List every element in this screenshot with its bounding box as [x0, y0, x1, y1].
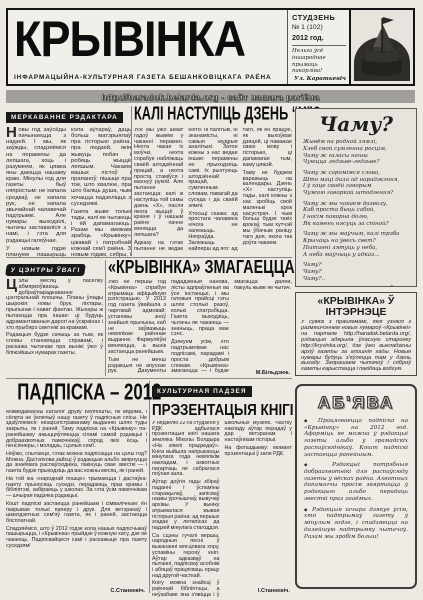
article-body: Усе мы ўжо шмат гадоў жывём у чаканні пе… — [134, 128, 292, 256]
masthead: КРЫВІНКА ІНФАРМАЦЫЙНА-КУЛЬТУРНАЯ ГАЗЕТА … — [6, 8, 415, 86]
column-rule — [105, 260, 106, 376]
issue-year: 2012 год. — [292, 33, 346, 42]
article-in-focus: У ЦЭНТРЫ ЎВАГІ Цэлы месяц у пасёлку абмя… — [6, 258, 103, 376]
article-paragraph: Новы год заўсёды пачынаецца з надзей. І … — [6, 127, 66, 244]
article-paragraph: На той жа «народнай пошце» трымаецца і д… — [6, 477, 147, 500]
frame-corner-icon — [295, 384, 306, 395]
article-paragraph: Няўжо, спытаеце, гэтак можна падпісацца … — [6, 452, 147, 475]
author-signature: М.Більдзюк. — [252, 370, 290, 376]
notice-paragraph: У сувязі з праблемамі, якія ўзніклі з ра… — [301, 320, 411, 373]
article-body: Новы год заўсёды пачынаецца з надзей. І … — [6, 127, 131, 260]
article-paragraph: Цэлы месяц у пасёлку абмяркоўваюць добра… — [6, 279, 103, 331]
notice-title-line2: ІНТЭРНЭЦЕ — [301, 307, 411, 318]
announcement-item: Рэдакцыі патрэбныя добраахвотнікі для ра… — [304, 462, 408, 502]
announcement-item: Рэдакцыя шчыра дзякуе ўсім, хто падтрыма… — [304, 507, 408, 541]
masthead-quote: Нельга ўсё іншароднае прымаць пакорліва! — [292, 45, 346, 75]
poem-box: Чаму? Жывём на роднай зямлі, Хлеб свой с… — [295, 108, 417, 287]
announcement-item: Працягваецца падпіска на «Крывінку» на 2… — [304, 418, 408, 458]
poem-title: Чаму? — [303, 112, 409, 136]
poem-stanza: Жывём на роднай зямлі, Хлеб свой сумленн… — [303, 139, 409, 166]
article-paragraph: Кошт падпіскі застаецца ранейшым і сімва… — [6, 502, 147, 525]
masthead-title-block: КРЫВІНКА ІНФАРМАЦЫЙНА-КУЛЬТУРНАЯ ГАЗЕТА … — [8, 10, 287, 84]
article-editor-opinion: МЕРКАВАННЕ РЭДАКТАРА Новы год заўсёды па… — [6, 106, 131, 256]
article-body: Ужо не першы год «Крывінка» спрабуе атры… — [108, 280, 292, 376]
newspaper-subtitle: ІНФАРМАЦЫЙНА-КУЛЬТУРНАЯ ГАЗЕТА БЕШАНКОВІ… — [14, 74, 283, 82]
section-label: У ЦЭНТРЫ ЎВАГІ — [5, 264, 86, 276]
article-body: Цэлы месяц у пасёлку абмяркоўваюць добра… — [6, 279, 103, 379]
section-label: КУЛЬТУРНАЯ ПАДЗЕЯ — [152, 386, 252, 398]
url-banner: http://haradok.belarda.org - сайт нашага… — [6, 90, 415, 103]
frame-corner-icon — [406, 578, 417, 589]
newspaper-front-page: КРЫВІНКА ІНФАРМАЦЫЙНА-КУЛЬТУРНАЯ ГАЗЕТА … — [0, 0, 423, 600]
poem-stanza: Чаму ж мы чакаем дазволу, Каб проста быц… — [303, 201, 409, 228]
article-headline: «КРЫВІНКА» ЗМАГАЕЦЦА — [108, 258, 274, 279]
notice-title: «КРЫВІНКА» Ў ІНТЭРНЭЦЕ — [301, 296, 411, 318]
issue-month: СТУДЗЕНЬ — [292, 13, 346, 22]
article-kryvinka-fights: «КРЫВІНКА» ЗМАГАЕЦЦА Ужо не першы год «К… — [108, 258, 292, 376]
ship-emblem-icon — [354, 13, 410, 81]
poem-stanza: Чаму ж саромімся слова, Што маці дала ад… — [303, 170, 409, 197]
section-label: МЕРКАВАННЕ РЭДАКТАРА — [6, 112, 123, 124]
announcement-title: АБ'ЯВА — [304, 393, 408, 413]
article-headline: ПАДПІСКА – 2012 — [17, 380, 135, 406]
article-paragraph: У нядзелю 22-га студзеня ў РДК адбылася … — [152, 421, 220, 478]
article-headline: ПРЭЗЕНТАЦЫЯ КНІГІ — [152, 400, 286, 418]
poem-stanza: Чаму ж мы маўчым, калі трэба Крычаць на … — [303, 231, 409, 258]
frame-corner-icon — [406, 384, 417, 395]
article-paragraph: Аўтар доўгія гады збіраў паданні і ўспам… — [152, 480, 220, 531]
frame-corner-icon — [295, 578, 306, 589]
notice-body: У сувязі з праблемамі, якія ўзніклі з ра… — [301, 320, 411, 375]
article-paragraph: Спадзяёмся, што ў 2012 годзе кола нашых … — [6, 527, 147, 550]
newspaper-title: КРЫВІНКА — [14, 11, 283, 67]
article-paragraph: Рэдакцыя будзе сачыць за тым, як словы с… — [6, 333, 103, 356]
article-headline: КАЛІ НАСТУПІЦЬ ДЗЕНЬ “X”? — [134, 104, 264, 125]
author-signature: С.Станкевіч. — [106, 588, 145, 594]
article-body: Міжведамасны каталог друку Белпошты, як … — [6, 410, 147, 594]
column-rule — [131, 106, 132, 256]
article-paragraph: Ужо не першы год «Крывінка» спрабуе атры… — [108, 280, 166, 356]
article-paragraph: Таму не будзем варажыць на календары. Дз… — [243, 171, 292, 247]
poem-refrain: Чаму? Чаму? Чаму?.. — [303, 262, 409, 282]
author-signature: Г.Бураўкіна. — [303, 286, 409, 287]
issue-info: СТУДЗЕНЬ № 1 (102) 2012 год. Нельга ўсё … — [287, 10, 349, 84]
article-book-presentation: КУЛЬТУРНАЯ ПАДЗЕЯ ПРЭЗЕНТАЦЫЯ КНІГІ У ня… — [152, 380, 292, 594]
region-site-url: http://haradok.belarda.org - сайт нашага… — [101, 92, 319, 102]
article-subscription-2012: ПАДПІСКА – 2012 Міжведамасны каталог дру… — [6, 380, 147, 594]
article-paragraph: Са сцэны гучалі вершы, народныя песні ў … — [152, 534, 220, 580]
announcement-box: АБ'ЯВА Працягваецца падпіска на «Крывінк… — [295, 384, 417, 589]
issue-number: № 1 (102) — [292, 24, 346, 31]
internet-notice-box: «КРЫВІНКА» Ў ІНТЭРНЭЦЕ У сувязі з прабле… — [295, 292, 417, 376]
masthead-quote-author: Ул. Караткевіч — [292, 76, 346, 82]
article-paragraph: Усе мы ўжо шмат гадоў жывём у чаканні пе… — [134, 128, 183, 239]
article-paragraph: Міжведамасны каталог друку Белпошты, як … — [6, 410, 147, 450]
article-day-x: КАЛІ НАСТУПІЦЬ ДЗЕНЬ “X”? Усе мы ўжо шма… — [134, 104, 292, 258]
author-signature: І.Станкевіч. — [254, 588, 290, 594]
article-body: У нядзелю 22-га студзеня ў РДК адбылася … — [152, 421, 292, 600]
article-paragraph: На фотаздымку: момант прэзентацыі ў зале… — [225, 446, 293, 457]
coat-of-arms — [349, 10, 413, 84]
column-rule — [149, 381, 150, 593]
